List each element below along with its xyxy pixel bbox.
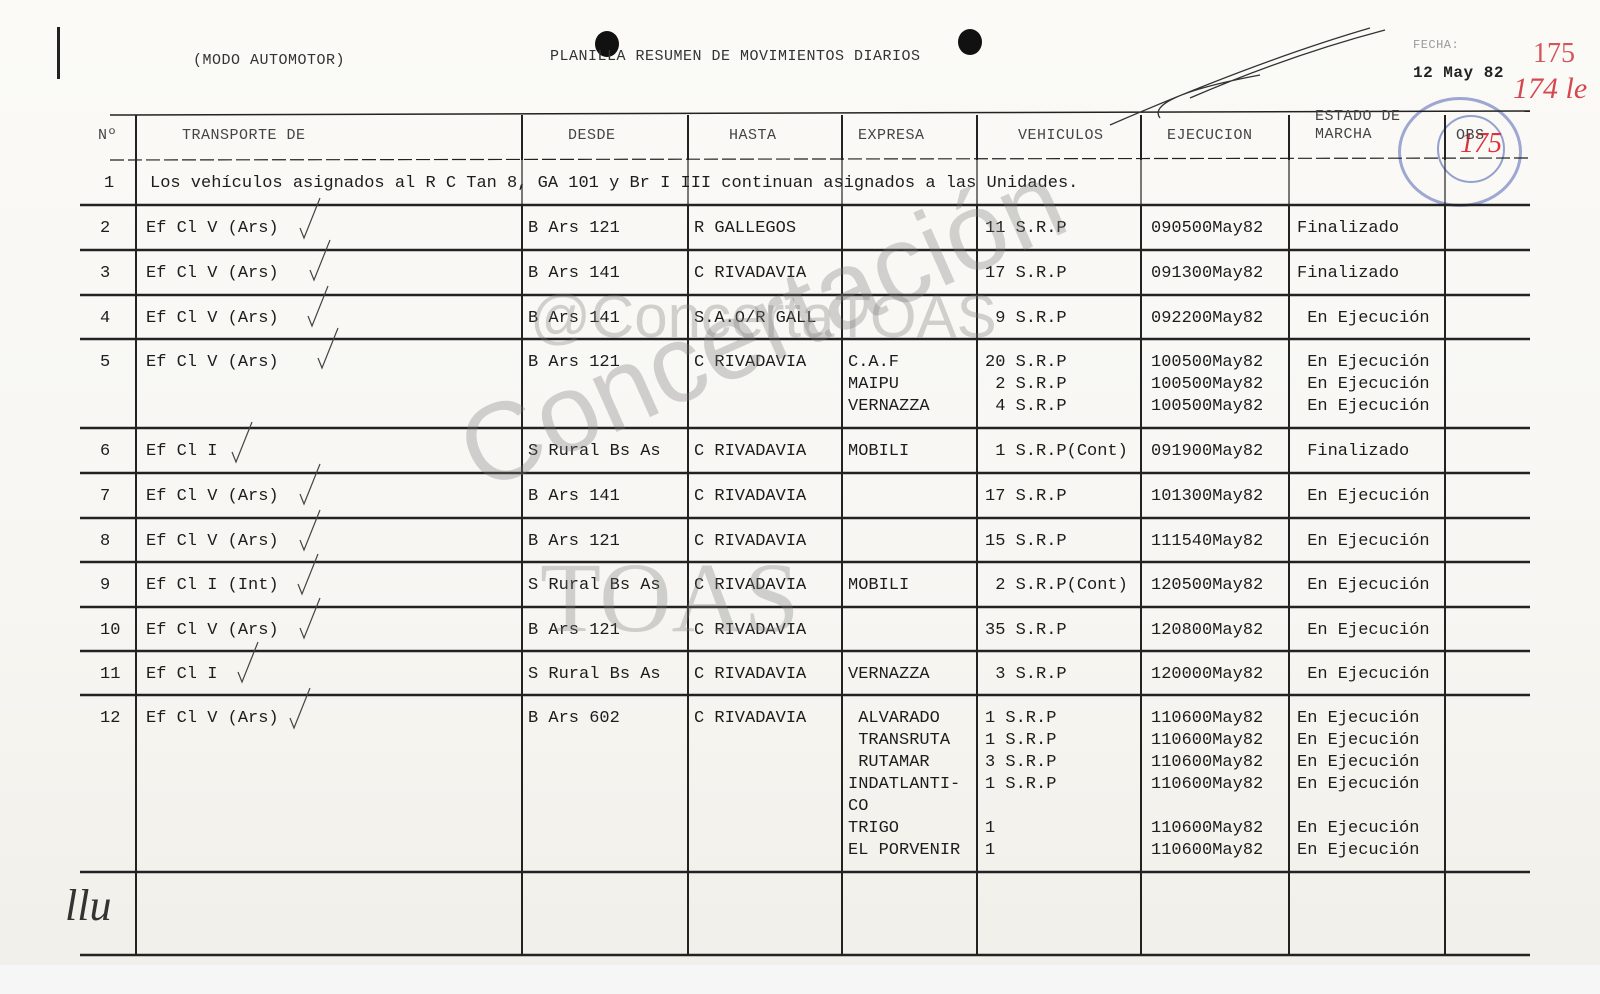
column-header-transporte: TRANSPORTE DE — [182, 125, 306, 147]
ejecucion-cell: 092200May82 — [1151, 308, 1263, 330]
row-number: 11 — [100, 664, 120, 686]
desde-cell: B Ars 121 — [528, 531, 620, 553]
ejecucion-cell: 101300May82 — [1151, 486, 1263, 508]
column-header-ejecucion: EJECUCION — [1167, 125, 1253, 147]
estado-cell: En Ejecución — [1297, 708, 1419, 730]
column-header-vehiculos: VEHICULOS — [1018, 125, 1104, 147]
vehiculos-cell: 3 S.R.P — [985, 752, 1056, 774]
vehiculos-cell: 3 S.R.P — [985, 664, 1067, 686]
ejecucion-cell: 100500May82 — [1151, 396, 1263, 418]
vehiculos-cell: 9 S.R.P — [985, 308, 1067, 330]
estado-cell: En Ejecución — [1297, 575, 1430, 597]
column-header-hasta: HASTA — [729, 125, 777, 147]
row-number: 10 — [100, 620, 120, 642]
row-number: 4 — [100, 308, 110, 330]
transporte-cell: Ef Cl I — [146, 441, 217, 463]
estado-cell: En Ejecución — [1297, 374, 1430, 396]
column-header-obs: OBS — [1456, 125, 1485, 147]
desde-cell: S Rural Bs As — [528, 664, 661, 686]
document-date: 12 May 82 — [1413, 64, 1504, 82]
hasta-cell: C RIVADAVIA — [694, 441, 806, 463]
expresa-cell: VERNAZZA — [848, 664, 930, 686]
ejecucion-cell: 110600May82 — [1151, 708, 1263, 730]
estado-cell: En Ejecución — [1297, 774, 1419, 796]
vehiculos-cell: 11 S.R.P — [985, 218, 1067, 240]
estado-cell: Finalizado — [1297, 441, 1409, 463]
hasta-cell: R GALLEGOS — [694, 218, 796, 240]
estado-cell: En Ejecución — [1297, 352, 1430, 374]
row-number: 9 — [100, 575, 110, 597]
ejecucion-cell: 091900May82 — [1151, 441, 1263, 463]
page-bottom-edge — [0, 965, 1600, 994]
estado-cell: En Ejecución — [1297, 730, 1419, 752]
desde-cell: S Rural Bs As — [528, 575, 661, 597]
transporte-cell: Ef Cl V (Ars) — [146, 531, 279, 553]
estado-cell: En Ejecución — [1297, 486, 1430, 508]
desde-cell: B Ars 121 — [528, 352, 620, 374]
ejecucion-cell: 110600May82 — [1151, 840, 1263, 862]
folio-number-stamped: 175 — [1533, 38, 1575, 70]
vehiculos-cell: 2 S.R.P(Cont) — [985, 575, 1128, 597]
vehiculos-cell: 35 S.R.P — [985, 620, 1067, 642]
desde-cell: B Ars 141 — [528, 486, 620, 508]
folio-number-handwritten: 174 le — [1513, 72, 1587, 106]
transporte-cell: Ef Cl V (Ars) — [146, 486, 279, 508]
estado-cell: En Ejecución — [1297, 664, 1430, 686]
expresa-cell: C.A.F — [848, 352, 899, 374]
hasta-cell: C RIVADAVIA — [694, 531, 806, 553]
desde-cell: B Ars 121 — [528, 218, 620, 240]
hasta-cell: S.A.O/R GALL — [694, 308, 816, 330]
row-number: 3 — [100, 263, 110, 285]
ejecucion-cell: 110600May82 — [1151, 774, 1263, 796]
desde-cell: B Ars 141 — [528, 263, 620, 285]
vehiculos-cell: 4 S.R.P — [985, 396, 1067, 418]
hasta-cell: C RIVADAVIA — [694, 708, 806, 730]
expresa-cell: TRANSRUTA — [848, 730, 950, 752]
column-header-n: Nº — [98, 125, 117, 147]
vehiculos-cell: 2 S.R.P — [985, 374, 1067, 396]
row-number: 8 — [100, 531, 110, 553]
desde-cell: S Rural Bs As — [528, 441, 661, 463]
vehiculos-cell: 1 S.R.P — [985, 730, 1056, 752]
vehiculos-cell: 1 — [985, 818, 995, 840]
ejecucion-cell: 091300May82 — [1151, 263, 1263, 285]
hasta-cell: C RIVADAVIA — [694, 575, 806, 597]
transporte-cell: Ef Cl V (Ars) — [146, 218, 279, 240]
expresa-cell: ALVARADO — [848, 708, 940, 730]
estado-cell: En Ejecución — [1297, 531, 1430, 553]
transporte-cell: Ef Cl V (Ars) — [146, 263, 279, 285]
expresa-cell: VERNAZZA — [848, 396, 930, 418]
hasta-cell: C RIVADAVIA — [694, 263, 806, 285]
punch-hole — [958, 29, 982, 55]
vehiculos-cell: 1 S.R.P — [985, 774, 1056, 796]
transport-mode: (MODO AUTOMOTOR) — [193, 52, 345, 69]
estado-cell: Finalizado — [1297, 263, 1399, 285]
expresa-cell: RUTAMAR — [848, 752, 930, 774]
row-number: 1 — [104, 173, 114, 195]
transporte-cell: Ef Cl V (Ars) — [146, 352, 279, 374]
expresa-cell: MOBILI — [848, 575, 909, 597]
ejecucion-cell: 090500May82 — [1151, 218, 1263, 240]
estado-cell: En Ejecución — [1297, 818, 1419, 840]
transporte-cell: Ef Cl I — [146, 664, 217, 686]
ejecucion-cell: 110600May82 — [1151, 730, 1263, 752]
row-number: 12 — [100, 708, 120, 730]
handwritten-initials: llu — [65, 880, 111, 931]
document-title: PLANILLA RESUMEN DE MOVIMIENTOS DIARIOS — [550, 48, 921, 65]
estado-cell: En Ejecución — [1297, 620, 1430, 642]
ejecucion-cell: 110600May82 — [1151, 818, 1263, 840]
estado-cell: En Ejecución — [1297, 396, 1430, 418]
column-header-expresa: EXPRESA — [858, 125, 925, 147]
ejecucion-cell: 120500May82 — [1151, 575, 1263, 597]
estado-cell: En Ejecución — [1297, 752, 1419, 774]
hasta-cell: C RIVADAVIA — [694, 664, 806, 686]
row-number: 5 — [100, 352, 110, 374]
note-text: Los vehículos asignados al R C Tan 8, GA… — [150, 173, 1078, 195]
vehiculos-cell: 1 S.R.P(Cont) — [985, 441, 1128, 463]
estado-cell: En Ejecución — [1297, 840, 1419, 862]
vehiculos-cell: 20 S.R.P — [985, 352, 1067, 374]
ejecucion-cell: 100500May82 — [1151, 352, 1263, 374]
vehiculos-cell: 15 S.R.P — [985, 531, 1067, 553]
ejecucion-cell: 100500May82 — [1151, 374, 1263, 396]
expresa-cell: INDATLANTI- CO — [848, 774, 960, 818]
vehiculos-cell: 17 S.R.P — [985, 263, 1067, 285]
row-number: 2 — [100, 218, 110, 240]
vehiculos-cell: 1 — [985, 840, 995, 862]
ejecucion-cell: 120800May82 — [1151, 620, 1263, 642]
date-label: FECHA: — [1413, 38, 1459, 52]
transporte-cell: Ef Cl V (Ars) — [146, 708, 279, 730]
row-number: 6 — [100, 441, 110, 463]
expresa-cell: MOBILI — [848, 441, 909, 463]
margin-mark — [57, 27, 60, 79]
desde-cell: B Ars 121 — [528, 620, 620, 642]
ejecucion-cell: 110600May82 — [1151, 752, 1263, 774]
ejecucion-cell: 120000May82 — [1151, 664, 1263, 686]
expresa-cell: MAIPU — [848, 374, 899, 396]
desde-cell: B Ars 602 — [528, 708, 620, 730]
desde-cell: B Ars 141 — [528, 308, 620, 330]
vehiculos-cell: 1 S.R.P — [985, 708, 1056, 730]
column-header-estado: ESTADO DE MARCHA — [1315, 108, 1401, 144]
estado-cell: En Ejecución — [1297, 308, 1430, 330]
transporte-cell: Ef Cl V (Ars) — [146, 620, 279, 642]
estado-cell: Finalizado — [1297, 218, 1399, 240]
column-header-desde: DESDE — [568, 125, 616, 147]
expresa-cell: TRIGO — [848, 818, 899, 840]
expresa-cell: EL PORVENIR — [848, 840, 960, 862]
hasta-cell: C RIVADAVIA — [694, 352, 806, 374]
hasta-cell: C RIVADAVIA — [694, 486, 806, 508]
transporte-cell: Ef Cl I (Int) — [146, 575, 279, 597]
vehiculos-cell: 17 S.R.P — [985, 486, 1067, 508]
row-number: 7 — [100, 486, 110, 508]
hasta-cell: C RIVADAVIA — [694, 620, 806, 642]
transporte-cell: Ef Cl V (Ars) — [146, 308, 279, 330]
ejecucion-cell: 111540May82 — [1151, 531, 1263, 553]
